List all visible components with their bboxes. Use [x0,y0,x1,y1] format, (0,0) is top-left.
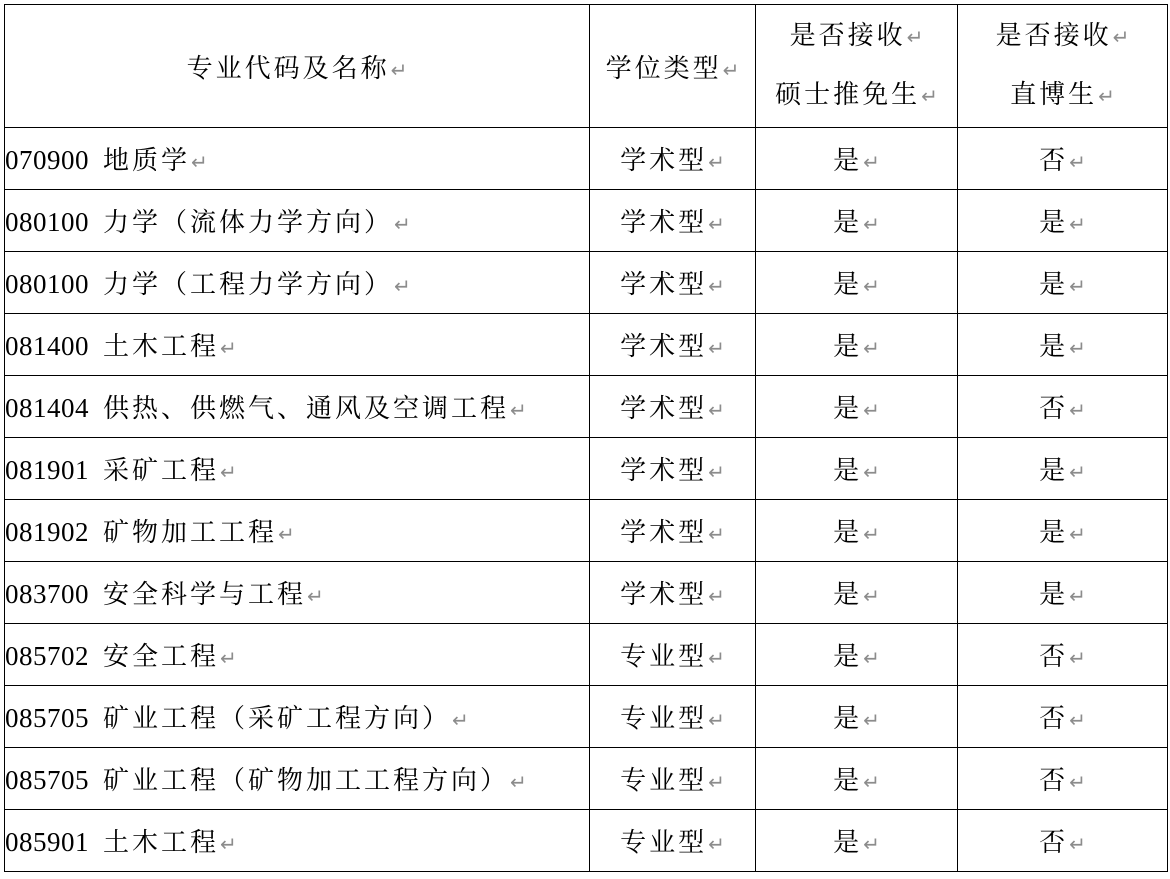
major-code: 081404 [5,393,89,423]
accept-tuimian-cell: 是↵ [756,624,958,686]
major-name-cell: 085705矿业工程（采矿工程方向）↵ [5,686,590,748]
paragraph-mark-icon: ↵ [723,58,740,82]
table-row: 085702安全工程↵ 专业型↵ 是↵ 否↵ [5,624,1168,686]
table-row: 083700安全科学与工程↵ 学术型↵ 是↵ 是↵ [5,562,1168,624]
major-name-cell: 083700安全科学与工程↵ [5,562,590,624]
degree-type-cell: 学术型↵ [590,190,756,252]
accept-tuimian-cell: 是↵ [756,810,958,872]
paragraph-mark-icon: ↵ [191,150,208,174]
paragraph-mark-icon: ↵ [1069,708,1086,732]
paragraph-mark-icon: ↵ [708,770,725,794]
degree-type-cell: 学术型↵ [590,562,756,624]
degree-type-cell: 学术型↵ [590,376,756,438]
accept-zhibo-cell: 否↵ [958,686,1168,748]
paragraph-mark-icon: ↵ [863,770,880,794]
major-name: 安全科学与工程 [103,580,306,610]
major-name-cell: 085901土木工程↵ [5,810,590,872]
paragraph-mark-icon: ↵ [1069,460,1086,484]
header-accept-zhibo: 是否接收↵ 直博生↵ [958,5,1168,128]
accept-zhibo-cell: 否↵ [958,810,1168,872]
accept-zhibo-cell: 否↵ [958,128,1168,190]
paragraph-mark-icon: ↵ [708,832,725,856]
paragraph-mark-icon: ↵ [708,646,725,670]
table-row: 081902矿物加工工程↵ 学术型↵ 是↵ 是↵ [5,500,1168,562]
paragraph-mark-icon: ↵ [307,584,324,608]
accept-tuimian-cell: 是↵ [756,500,958,562]
table-row: 081404供热、供燃气、通风及空调工程↵ 学术型↵ 是↵ 否↵ [5,376,1168,438]
paragraph-mark-icon: ↵ [394,274,411,298]
paragraph-mark-icon: ↵ [1069,212,1086,236]
accept-zhibo-cell: 是↵ [958,500,1168,562]
degree-type-cell: 学术型↵ [590,500,756,562]
header-major-name: 专业代码及名称↵ [5,5,590,128]
accept-zhibo-cell: 是↵ [958,438,1168,500]
major-name: 力学（工程力学方向） [103,270,393,300]
table-body: 070900地质学↵ 学术型↵ 是↵ 否↵ 080100力学（流体力学方向）↵ … [5,128,1168,872]
major-name-cell: 080100力学（流体力学方向）↵ [5,190,590,252]
table-row: 070900地质学↵ 学术型↵ 是↵ 否↵ [5,128,1168,190]
paragraph-mark-icon: ↵ [863,646,880,670]
accept-zhibo-cell: 是↵ [958,190,1168,252]
paragraph-mark-icon: ↵ [1069,398,1086,422]
major-name: 地质学 [103,146,190,176]
major-name-cell: 081400土木工程↵ [5,314,590,376]
accept-tuimian-cell: 是↵ [756,128,958,190]
major-name: 力学（流体力学方向） [103,208,393,238]
accept-zhibo-cell: 是↵ [958,314,1168,376]
paragraph-mark-icon: ↵ [863,336,880,360]
major-code: 080100 [5,207,89,237]
table-row: 081400土木工程↵ 学术型↵ 是↵ 是↵ [5,314,1168,376]
paragraph-mark-icon: ↵ [708,212,725,236]
accept-zhibo-cell: 否↵ [958,376,1168,438]
paragraph-mark-icon: ↵ [863,708,880,732]
table-row: 085705矿业工程（采矿工程方向）↵ 专业型↵ 是↵ 否↵ [5,686,1168,748]
major-name-cell: 081901采矿工程↵ [5,438,590,500]
paragraph-mark-icon: ↵ [1069,770,1086,794]
paragraph-mark-icon: ↵ [510,398,527,422]
accept-zhibo-cell: 否↵ [958,748,1168,810]
major-code: 085702 [5,641,89,671]
paragraph-mark-icon: ↵ [1069,522,1086,546]
paragraph-mark-icon: ↵ [391,58,408,82]
major-name-cell: 085705矿业工程（矿物加工工程方向）↵ [5,748,590,810]
table-row: 085901土木工程↵ 专业型↵ 是↵ 否↵ [5,810,1168,872]
accept-zhibo-cell: 是↵ [958,562,1168,624]
accept-zhibo-cell: 否↵ [958,624,1168,686]
header-row: 专业代码及名称↵ 学位类型↵ 是否接收↵ 硕士推免生↵ 是否接收↵ 直博生↵ [5,5,1168,128]
table-row: 080100力学（流体力学方向）↵ 学术型↵ 是↵ 是↵ [5,190,1168,252]
paragraph-mark-icon: ↵ [863,832,880,856]
accept-tuimian-cell: 是↵ [756,686,958,748]
major-name: 矿物加工工程 [103,518,277,548]
major-name: 土木工程 [103,332,219,362]
paragraph-mark-icon: ↵ [863,150,880,174]
major-code: 070900 [5,145,89,175]
paragraph-mark-icon: ↵ [1069,584,1086,608]
major-code: 083700 [5,579,89,609]
accept-tuimian-cell: 是↵ [756,252,958,314]
major-name: 供热、供燃气、通风及空调工程 [103,394,509,424]
degree-type-cell: 专业型↵ [590,748,756,810]
paragraph-mark-icon: ↵ [1069,646,1086,670]
paragraph-mark-icon: ↵ [394,212,411,236]
paragraph-mark-icon: ↵ [863,460,880,484]
accept-tuimian-cell: 是↵ [756,748,958,810]
paragraph-mark-icon: ↵ [220,460,237,484]
paragraph-mark-icon: ↵ [1113,25,1130,49]
accept-tuimian-cell: 是↵ [756,376,958,438]
major-code: 081400 [5,331,89,361]
major-name: 安全工程 [103,642,219,672]
paragraph-mark-icon: ↵ [907,25,924,49]
major-name: 土木工程 [103,828,219,858]
paragraph-mark-icon: ↵ [708,522,725,546]
paragraph-mark-icon: ↵ [708,336,725,360]
degree-type-cell: 专业型↵ [590,624,756,686]
major-name-cell: 081404供热、供燃气、通风及空调工程↵ [5,376,590,438]
paragraph-mark-icon: ↵ [921,84,938,108]
paragraph-mark-icon: ↵ [1069,274,1086,298]
majors-table: 专业代码及名称↵ 学位类型↵ 是否接收↵ 硕士推免生↵ 是否接收↵ 直博生↵ 0… [4,4,1168,872]
paragraph-mark-icon: ↵ [708,460,725,484]
major-name: 矿业工程（矿物加工工程方向） [103,766,509,796]
degree-type-cell: 专业型↵ [590,810,756,872]
paragraph-mark-icon: ↵ [510,770,527,794]
paragraph-mark-icon: ↵ [863,522,880,546]
degree-type-cell: 学术型↵ [590,314,756,376]
paragraph-mark-icon: ↵ [708,584,725,608]
paragraph-mark-icon: ↵ [1069,336,1086,360]
table-row: 081901采矿工程↵ 学术型↵ 是↵ 是↵ [5,438,1168,500]
paragraph-mark-icon: ↵ [708,398,725,422]
accept-zhibo-cell: 是↵ [958,252,1168,314]
header-accept-tuimian: 是否接收↵ 硕士推免生↵ [756,5,958,128]
accept-tuimian-cell: 是↵ [756,190,958,252]
header-degree-type: 学位类型↵ [590,5,756,128]
major-code: 085705 [5,703,89,733]
major-name-cell: 085702安全工程↵ [5,624,590,686]
paragraph-mark-icon: ↵ [1098,84,1115,108]
paragraph-mark-icon: ↵ [1069,150,1086,174]
paragraph-mark-icon: ↵ [708,274,725,298]
accept-tuimian-cell: 是↵ [756,314,958,376]
paragraph-mark-icon: ↵ [278,522,295,546]
paragraph-mark-icon: ↵ [220,832,237,856]
major-code: 081901 [5,455,89,485]
major-name-cell: 070900地质学↵ [5,128,590,190]
major-name-cell: 080100力学（工程力学方向）↵ [5,252,590,314]
major-code: 085901 [5,827,89,857]
paragraph-mark-icon: ↵ [863,398,880,422]
degree-type-cell: 专业型↵ [590,686,756,748]
major-code: 080100 [5,269,89,299]
degree-type-cell: 学术型↵ [590,252,756,314]
paragraph-mark-icon: ↵ [863,584,880,608]
degree-type-cell: 学术型↵ [590,128,756,190]
table-row: 085705矿业工程（矿物加工工程方向）↵ 专业型↵ 是↵ 否↵ [5,748,1168,810]
paragraph-mark-icon: ↵ [863,274,880,298]
degree-type-cell: 学术型↵ [590,438,756,500]
major-code: 081902 [5,517,89,547]
major-name: 采矿工程 [103,456,219,486]
major-name-cell: 081902矿物加工工程↵ [5,500,590,562]
paragraph-mark-icon: ↵ [452,708,469,732]
paragraph-mark-icon: ↵ [863,212,880,236]
major-code: 085705 [5,765,89,795]
major-name: 矿业工程（采矿工程方向） [103,704,451,734]
paragraph-mark-icon: ↵ [220,336,237,360]
paragraph-mark-icon: ↵ [708,150,725,174]
paragraph-mark-icon: ↵ [708,708,725,732]
table-row: 080100力学（工程力学方向）↵ 学术型↵ 是↵ 是↵ [5,252,1168,314]
paragraph-mark-icon: ↵ [1069,832,1086,856]
accept-tuimian-cell: 是↵ [756,438,958,500]
accept-tuimian-cell: 是↵ [756,562,958,624]
paragraph-mark-icon: ↵ [220,646,237,670]
